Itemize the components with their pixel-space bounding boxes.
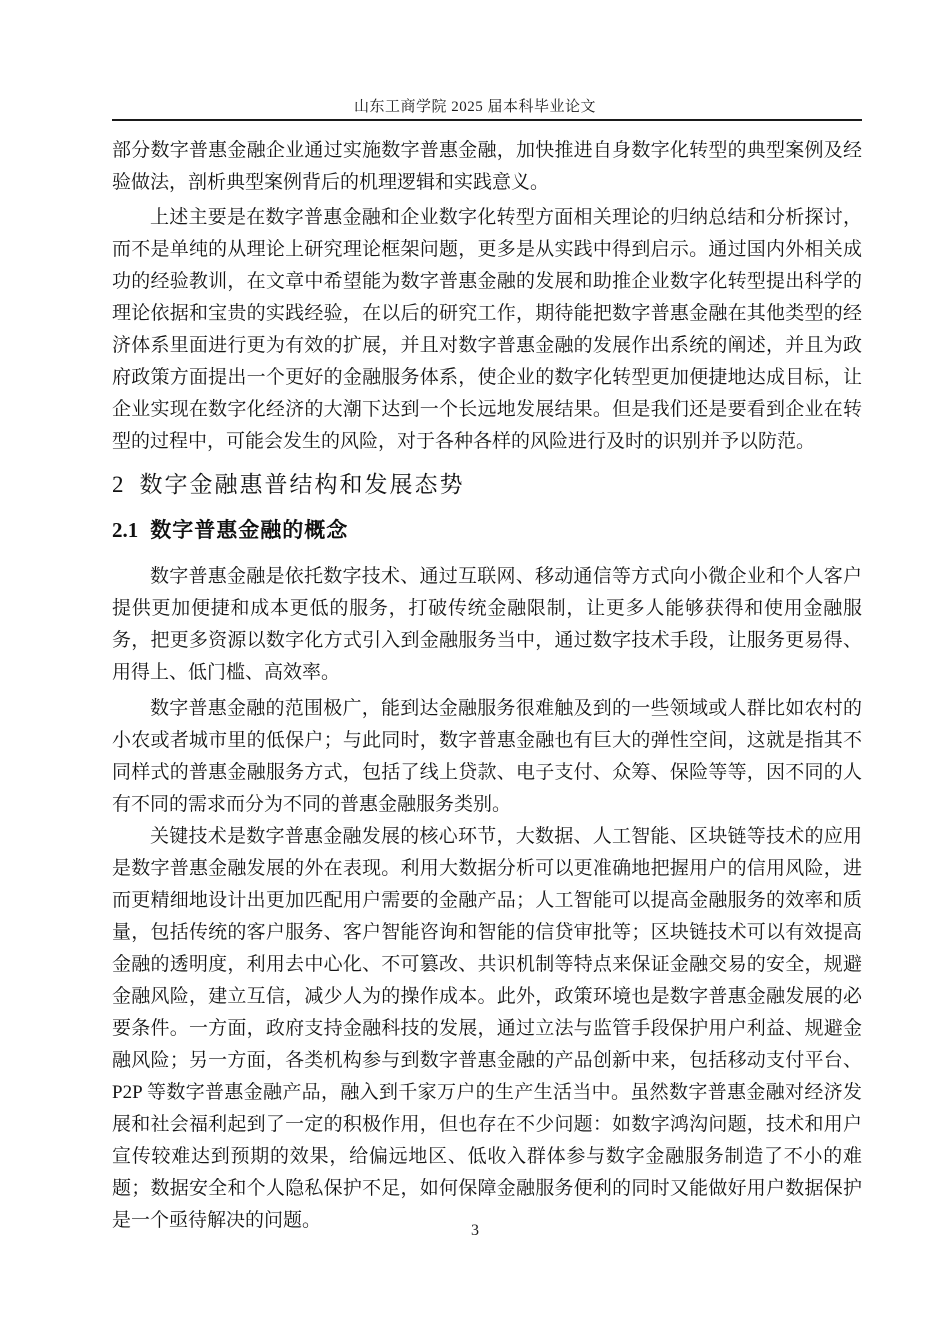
paragraph-key-technology: 关键技术是数字普惠金融发展的核心环节，大数据、人工智能、区块链等技术的应用是数字… bbox=[112, 821, 862, 1237]
section-heading-2: 2数字金融惠普结构和发展态势 bbox=[112, 467, 862, 502]
section-number: 2 bbox=[112, 472, 124, 497]
subsection-heading-2-1: 2.1数字普惠金融的概念 bbox=[112, 514, 862, 547]
header-rule bbox=[112, 119, 862, 121]
paragraph-scope: 数字普惠金融的范围极广，能到达金融服务很难触及到的一些领域或人群比如农村的小农或… bbox=[112, 693, 862, 821]
paragraph-continuation: 部分数字普惠金融企业通过实施数字普惠金融，加快推进自身数字化转型的典型案例及经验… bbox=[112, 135, 862, 199]
subsection-title: 数字普惠金融的概念 bbox=[150, 519, 348, 542]
thesis-page: 山东工商学院 2025 届本科毕业论文 部分数字普惠金融企业通过实施数字普惠金融… bbox=[0, 0, 950, 1344]
paragraph-definition: 数字普惠金融是依托数字技术、通过互联网、移动通信等方式向小微企业和个人客户提供更… bbox=[112, 561, 862, 689]
page-number: 3 bbox=[0, 1222, 950, 1240]
paragraph-summary: 上述主要是在数字普惠金融和企业数字化转型方面相关理论的归纳总结和分析探讨，而不是… bbox=[112, 202, 862, 458]
running-header-title: 山东工商学院 2025 届本科毕业论文 bbox=[0, 95, 950, 116]
document-body: 部分数字普惠金融企业通过实施数字普惠金融，加快推进自身数字化转型的典型案例及经验… bbox=[112, 135, 862, 1237]
section-title: 数字金融惠普结构和发展态势 bbox=[140, 471, 465, 497]
subsection-number: 2.1 bbox=[112, 518, 138, 542]
